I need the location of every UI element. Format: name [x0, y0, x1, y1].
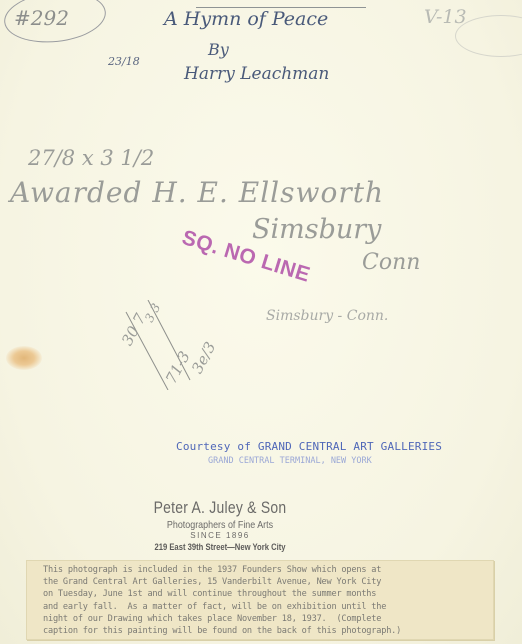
photographer-stamp: Peter A. Juley & Son Photographers of Fi… [130, 498, 310, 552]
photographer-tagline: Photographers of Fine Arts [144, 519, 297, 531]
typed-caption-label: This photograph is included in the 1937 … [26, 560, 494, 640]
catalog-number: #292 [14, 6, 69, 30]
photographer-since: SINCE 1896 [130, 531, 310, 540]
award-line-2: Simsbury [252, 214, 381, 245]
caption-line: and early fall. As a matter of fact, wil… [43, 601, 485, 613]
courtesy-stamp-sub: GRAND CENTRAL TERMINAL, NEW YORK [208, 456, 372, 466]
caption-line: caption for this painting will be found … [43, 625, 485, 637]
award-line-3: Conn [362, 250, 420, 275]
fraction-note: 23/18 [108, 55, 140, 68]
artist-name: Harry Leachman [184, 64, 329, 84]
photo-verso-page: #292 A Hymn of Peace By Harry Leachman 2… [0, 0, 522, 644]
photographer-address: 219 East 39th Street—New York City [144, 542, 297, 552]
photographer-name: Peter A. Juley & Son [146, 498, 294, 518]
award-line-1: Awarded H. E. Ellsworth [10, 176, 384, 209]
caption-line: on Tuesday, June 1st and will continue t… [43, 588, 485, 600]
location-note: Simsbury - Conn. [266, 308, 388, 324]
caption-line: the Grand Central Art Galleries, 15 Vand… [43, 576, 485, 588]
by-label: By [208, 40, 229, 59]
caption-line: night of our Drawing which takes place N… [43, 613, 485, 625]
top-right-note: V-13 [424, 6, 467, 28]
caption-line: This photograph is included in the 1937 … [43, 564, 485, 576]
dimensions-note: 27/8 x 3 1/2 [28, 146, 154, 170]
courtesy-stamp: Courtesy of GRAND CENTRAL ART GALLERIES [176, 440, 442, 453]
artwork-title: A Hymn of Peace [164, 8, 328, 30]
stain-mark [6, 346, 42, 370]
